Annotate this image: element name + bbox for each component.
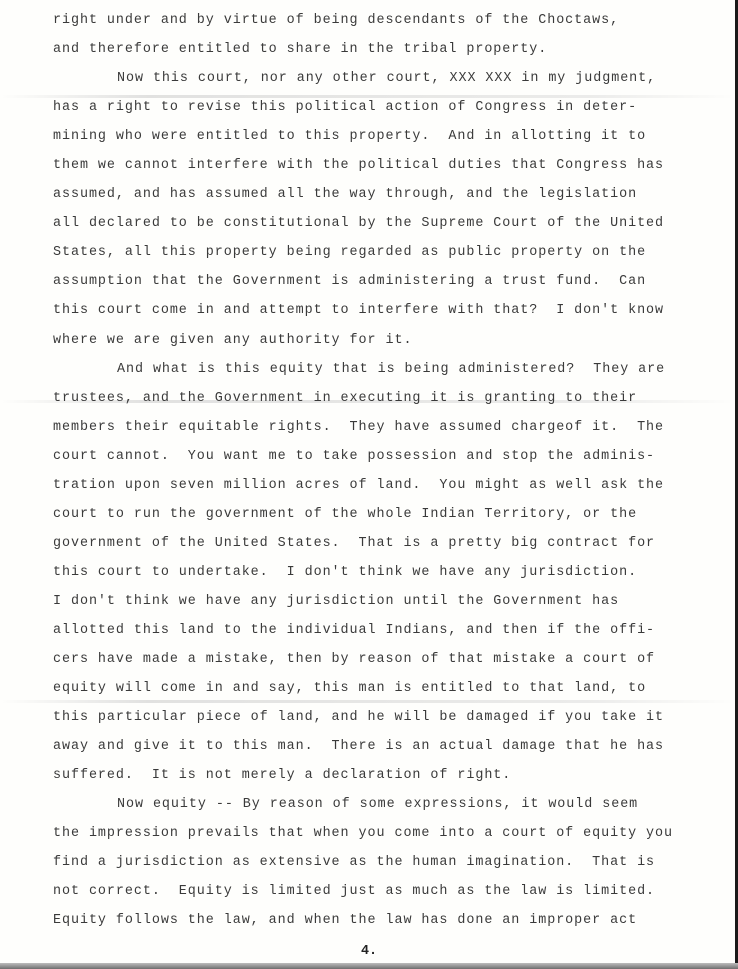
text-line: States, all this property being regarded… (53, 238, 713, 267)
text-line: the impression prevails that when you co… (53, 819, 713, 848)
text-line: I don't think we have any jurisdiction u… (53, 587, 713, 616)
text-line: not correct. Equity is limited just as m… (53, 877, 713, 906)
text-line: this court to undertake. I don't think w… (53, 558, 713, 587)
text-line: find a jurisdiction as extensive as the … (53, 848, 713, 877)
text-line: equity will come in and say, this man is… (53, 674, 713, 703)
text-line: them we cannot interfere with the politi… (53, 151, 713, 180)
text-line: And what is this equity that is being ad… (53, 355, 713, 384)
text-line: assumption that the Government is admini… (53, 267, 713, 296)
text-line: trustees, and the Government in executin… (53, 384, 713, 413)
text-line: Now equity -- By reason of some expressi… (53, 790, 713, 819)
text-line: court cannot. You want me to take posses… (53, 442, 713, 471)
text-line: right under and by virtue of being desce… (53, 6, 713, 35)
text-line: tration upon seven million acres of land… (53, 471, 713, 500)
text-line: all declared to be constitutional by the… (53, 209, 713, 238)
page-number: 4. (0, 944, 738, 959)
document-page: right under and by virtue of being desce… (0, 0, 735, 965)
text-line: court to run the government of the whole… (53, 500, 713, 529)
text-line: suffered. It is not merely a declaration… (53, 761, 713, 790)
text-line: Equity follows the law, and when the law… (53, 906, 713, 935)
text-line: members their equitable rights. They hav… (53, 413, 713, 442)
typewritten-body: right under and by virtue of being desce… (53, 6, 713, 936)
text-line: mining who were entitled to this propert… (53, 122, 713, 151)
text-line: Now this court, nor any other court, XXX… (53, 64, 713, 93)
text-line: away and give it to this man. There is a… (53, 732, 713, 761)
text-line: allotted this land to the individual Ind… (53, 616, 713, 645)
text-line: this court come in and attempt to interf… (53, 296, 713, 325)
text-line: and therefore entitled to share in the t… (53, 35, 713, 64)
text-line: where we are given any authority for it. (53, 326, 713, 355)
text-line: assumed, and has assumed all the way thr… (53, 180, 713, 209)
text-line: this particular piece of land, and he wi… (53, 703, 713, 732)
text-line: has a right to revise this political act… (53, 93, 713, 122)
text-line: cers have made a mistake, then by reason… (53, 645, 713, 674)
page-bottom-edge (0, 963, 738, 969)
text-line: government of the United States. That is… (53, 529, 713, 558)
